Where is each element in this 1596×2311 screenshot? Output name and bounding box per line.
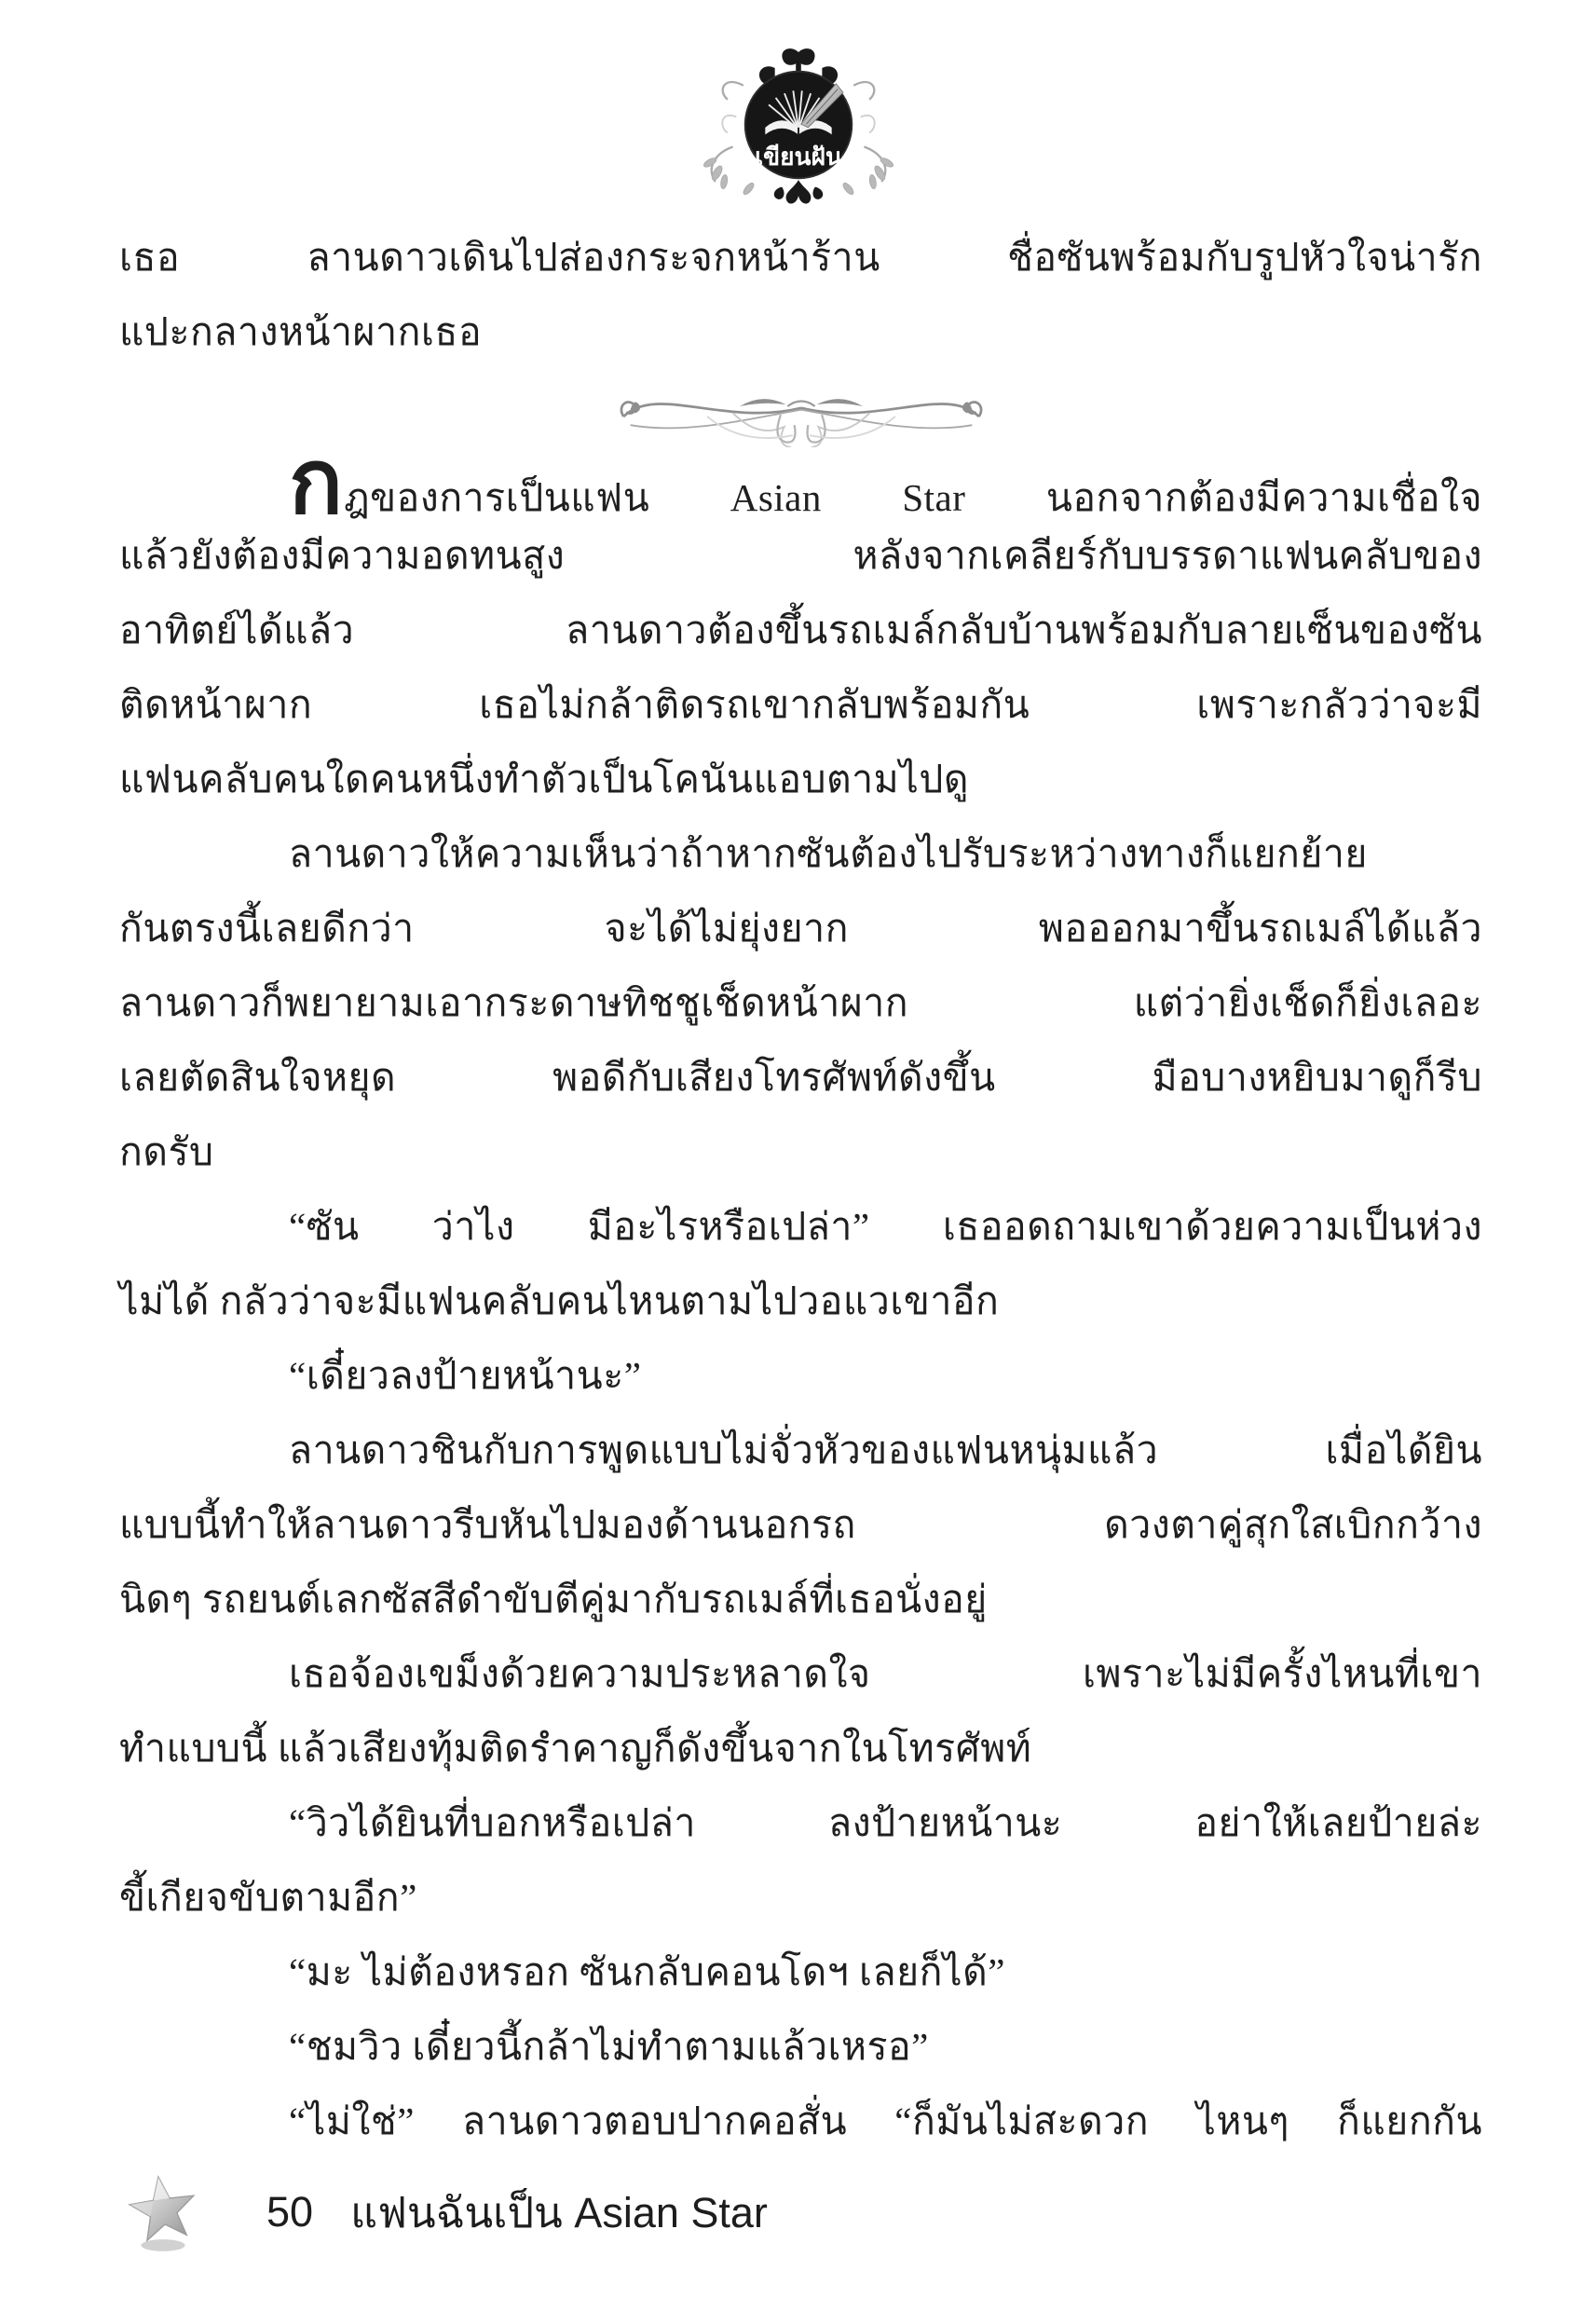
text-line-content: ฎของการเป็นแฟน Asian Star นอกจากต้องมีคว… [344, 476, 1482, 519]
flourish-divider-art [596, 365, 1006, 447]
text-line: ไม่ได้ กลัวว่าจะมีแฟนคลับคนไหนตามไปวอแวเ… [119, 1264, 1482, 1338]
star-icon [125, 2171, 201, 2253]
text-line: กดรับ [119, 1114, 1482, 1189]
text-line: แบบนี้ทำให้ลานดาวรีบหันไปมองด้านนอกรถ ดว… [119, 1487, 1482, 1562]
text-line: ขี้เกียจขับตามอีก” [119, 1860, 1482, 1935]
text-line: กฎของการเป็นแฟน Asian Star นอกจากต้องมีค… [119, 444, 1482, 518]
page-number: 50 [266, 2188, 313, 2236]
page-footer: 50 แฟนฉันเป็น Asian Star [125, 2171, 768, 2253]
body-text: เธอ ลานดาวเดินไปส่องกระจกหน้าร้าน ชื่อซั… [119, 220, 1482, 2158]
text-line: นิดๆ รถยนต์เลกซัสสีดำขับตีคู่มากับรถเมล์… [119, 1562, 1482, 1636]
text-line: แฟนคลับคนใดคนหนึ่งทำตัวเป็นโคนันแอบตามไป… [119, 742, 1482, 816]
text-line: “ชมวิว เดี๋ยวนี้กล้าไม่ทำตามแล้วเหรอ” [119, 2009, 1482, 2084]
text-line: ทำแบบนี้ แล้วเสียงทุ้มติดรำคาญก็ดังขึ้นจ… [119, 1711, 1482, 1785]
text-line: กันตรงนี้เลยดีกว่า จะได้ไม่ยุ่งยาก พอออก… [119, 891, 1482, 965]
publisher-logo: เขียนฝัน [698, 41, 899, 213]
text-line: “มะ ไม่ต้องหรอก ซันกลับคอนโดฯ เลยก็ได้” [119, 1935, 1482, 2009]
text-line: ลานดาวให้ความเห็นว่าถ้าหากซันต้องไปรับระ… [119, 816, 1482, 891]
text-line: ติดหน้าผาก เธอไม่กล้าติดรถเขากลับพร้อมกั… [119, 667, 1482, 742]
text-line: “ไม่ใช่” ลานดาวตอบปากคอสั่น “ก็มันไม่สะด… [119, 2084, 1482, 2158]
text-line: แปะกลางหน้าผากเธอ [119, 294, 1482, 369]
book-title: แฟนฉันเป็น Asian Star [350, 2179, 768, 2246]
emblem-text: เขียนฝัน [755, 144, 842, 171]
publisher-emblem-art: เขียนฝัน [698, 41, 899, 209]
text-line: ลานดาวชินกับการพูดแบบไม่จั่วหัวของแฟนหนุ… [119, 1413, 1482, 1487]
text-line: “วิวได้ยินที่บอกหรือเปล่า ลงป้ายหน้านะ อ… [119, 1785, 1482, 1860]
text-line: “เดี๋ยวลงป้ายหน้านะ” [119, 1338, 1482, 1413]
text-line: เธอ ลานดาวเดินไปส่องกระจกหน้าร้าน ชื่อซั… [119, 220, 1482, 294]
text-line: เธอจ้องเขม็งด้วยความประหลาดใจ เพราะไม่มี… [119, 1636, 1482, 1711]
text-line: เลยตัดสินใจหยุด พอดีกับเสียงโทรศัพท์ดังข… [119, 1040, 1482, 1114]
text-line: ลานดาวก็พยายามเอากระดาษทิชชูเช็ดหน้าผาก … [119, 965, 1482, 1040]
text-line: อาทิตย์ได้แล้ว ลานดาวต้องขึ้นรถเมล์กลับบ… [119, 593, 1482, 667]
text-line: “ซัน ว่าไง มีอะไรหรือเปล่า” เธออดถามเขาด… [119, 1189, 1482, 1264]
book-page: เขียนฝัน เธอ ลานดาวเดินไปส่องกระจกหน้าร้… [0, 0, 1596, 2311]
drop-cap: ก [289, 432, 344, 532]
